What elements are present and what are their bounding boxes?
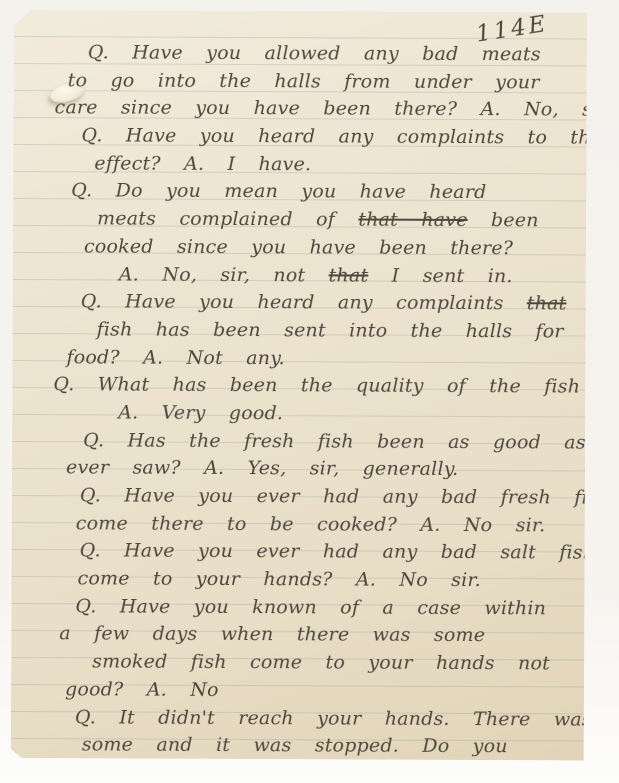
handwritten-line: A. Very good. bbox=[12, 399, 585, 429]
handwriting-text: been bbox=[468, 209, 539, 231]
handwritten-line: fish has been sent into the halls for bbox=[13, 316, 586, 346]
struck-text: that have bbox=[358, 209, 467, 231]
handwritten-line: some and it was stopped. Do you bbox=[11, 731, 584, 761]
handwriting-text: Q. What has been the quality of the fish bbox=[53, 373, 580, 397]
handwritten-line: Q. Have you ever had any bad salt fish bbox=[12, 537, 585, 567]
struck-text: that bbox=[527, 292, 567, 314]
handwriting-text: I sent in. bbox=[368, 264, 512, 287]
handwriting-text: good? A. No bbox=[65, 678, 219, 701]
handwritten-line: come to your hands? A. No sir. bbox=[11, 565, 584, 595]
handwriting-text: Q. Have you known of a case within bbox=[75, 595, 546, 619]
handwriting-text: Q. Has the fresh fish been as good as yo… bbox=[83, 429, 619, 453]
handwritten-line: cooked since you have been there? bbox=[13, 233, 586, 263]
handwritten-line: Q. What has been the quality of the fish bbox=[12, 371, 585, 401]
handwriting-text: A. No, sir, not bbox=[119, 263, 329, 286]
handwritten-line: Q. Has the fresh fish been as good as yo… bbox=[12, 427, 585, 457]
handwritten-line: Q. Have you heard any complaints that ba… bbox=[13, 288, 586, 318]
handwriting-text: some and it was stopped. Do you bbox=[82, 733, 508, 757]
handwritten-line: good? A. No bbox=[11, 676, 584, 706]
handwritten-line: Q. Do you mean you have heard bbox=[13, 177, 586, 207]
handwritten-line: a few days when there was some bbox=[11, 620, 584, 650]
handwritten-line: effect? A. I have. bbox=[13, 150, 586, 180]
handwritten-line: A. No, sir, not that I sent in. bbox=[13, 260, 586, 290]
scan-background: 114E Q. Have you allowed any bad meatsto… bbox=[0, 0, 619, 783]
handwritten-line: Q. Have you ever had any bad fresh fish bbox=[12, 482, 585, 512]
handwriting-text: Q. Have you ever had any bad salt fish bbox=[80, 540, 596, 564]
handwriting-text: Q. It didn't reach your hands. There was bbox=[75, 706, 592, 730]
handwritten-line: Q. Have you heard any complaints to that bbox=[13, 122, 586, 152]
handwriting-text: to go into the halls from under your bbox=[68, 69, 540, 93]
handwriting-text: a few days when there was some bbox=[59, 623, 485, 647]
handwriting-text: Q. Do you mean you have heard bbox=[71, 180, 486, 204]
handwritten-line: food? A. Not any. bbox=[12, 344, 585, 374]
handwritten-line: come there to be cooked? A. No sir. bbox=[12, 510, 585, 540]
handwritten-line: care since you have been there? A. No, s… bbox=[14, 94, 587, 124]
handwritten-line: Q. Have you known of a case within bbox=[11, 593, 584, 623]
handwriting-text: Q. Have you allowed any bad meats bbox=[88, 41, 541, 65]
handwriting-text: meats complained of bbox=[97, 207, 358, 230]
handwritten-lines: Q. Have you allowed any bad meatsto go i… bbox=[11, 39, 587, 761]
handwriting-text: bad bbox=[566, 293, 619, 315]
handwritten-line: to go into the halls from under your bbox=[14, 67, 587, 97]
handwriting-text: come there to be cooked? A. No sir. bbox=[76, 512, 546, 536]
handwritten-line: ever saw? A. Yes, sir, generally. bbox=[12, 454, 585, 484]
paper-sheet: 114E Q. Have you allowed any bad meatsto… bbox=[11, 10, 587, 760]
handwriting-text: cooked since you have been there? bbox=[84, 235, 513, 259]
handwriting-text: care since you have been there? A. No, s… bbox=[55, 97, 612, 121]
handwriting-text: come to your hands? A. No sir. bbox=[77, 567, 480, 591]
handwritten-line: Q. It didn't reach your hands. There was bbox=[11, 703, 584, 733]
handwriting-text: ever saw? A. Yes, sir, generally. bbox=[66, 457, 458, 481]
handwriting-text: smoked fish come to your hands not bbox=[92, 650, 550, 674]
handwriting-text: fish has been sent into the halls for bbox=[97, 318, 564, 342]
handwriting-text: Q. Have you heard any complaints bbox=[81, 290, 527, 314]
handwritten-line: smoked fish come to your hands not bbox=[11, 648, 584, 678]
handwriting-text: Q. Have you heard any complaints to that bbox=[81, 124, 610, 148]
handwritten-line: Q. Have you allowed any bad meats bbox=[14, 39, 587, 69]
handwritten-line: meats complained of that have been bbox=[13, 205, 586, 235]
handwriting-text: Q. Have you ever had any bad fresh fish bbox=[80, 484, 610, 508]
handwriting-text: effect? A. I have. bbox=[94, 152, 311, 175]
handwriting-text: food? A. Not any. bbox=[66, 346, 284, 369]
struck-text: that bbox=[329, 264, 369, 286]
handwriting-text: A. Very good. bbox=[118, 401, 283, 424]
